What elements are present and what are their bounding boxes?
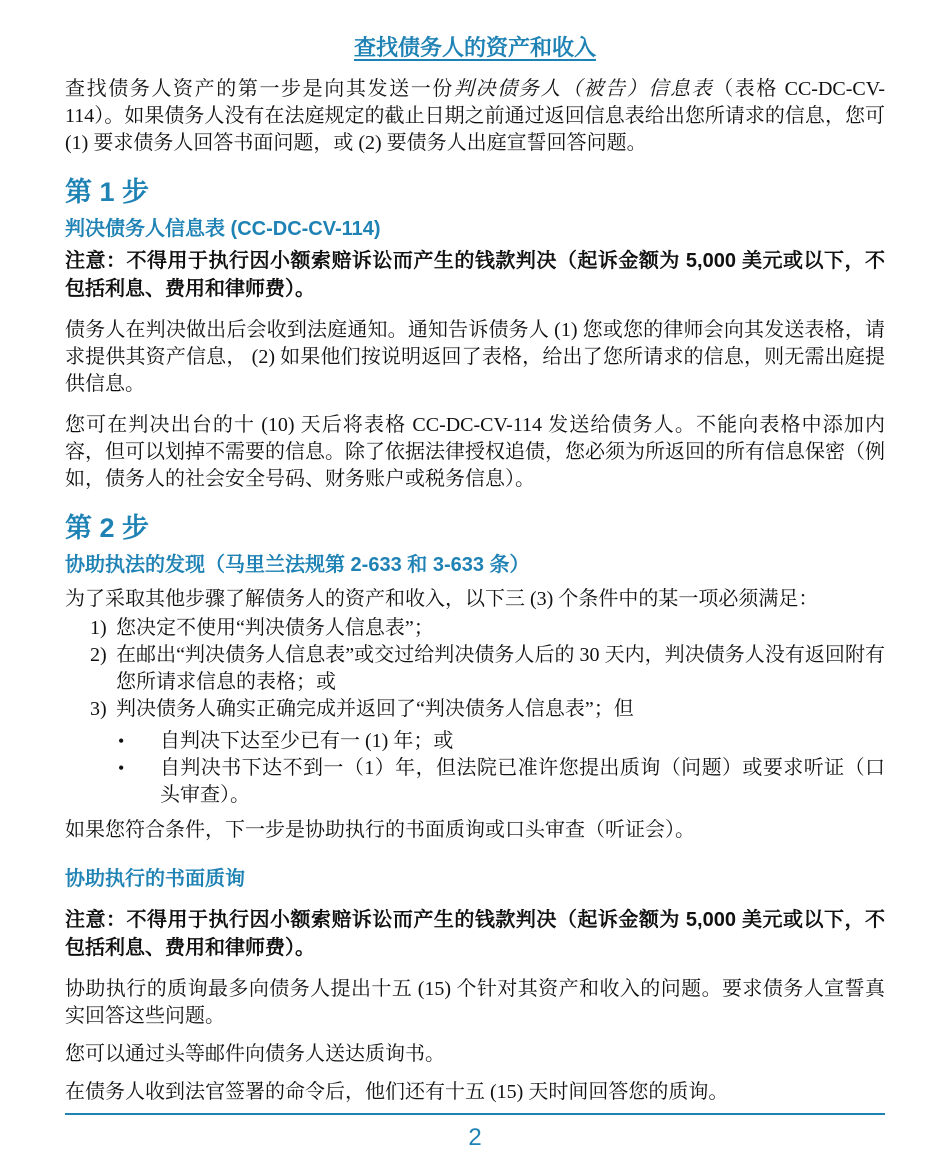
step-1-subheading: 判决债务人信息表 (CC-DC-CV-114) <box>65 216 885 242</box>
condition-text: 在邮出“判决债务人信息表”或交过给判决债务人后的 30 天内，判决债务人没有返回… <box>116 642 885 696</box>
conditions-intro: 为了采取其他步骤了解债务人的资产和收入，以下三 (3) 个条件中的某一项必须满足… <box>65 586 885 613</box>
bullet-icon: • <box>118 728 160 755</box>
qualify-paragraph: 如果您符合条件，下一步是协助执行的书面质询或口头审查（听证会）。 <box>65 817 885 844</box>
condition-text: 您决定不使用“判决债务人信息表”； <box>116 615 885 642</box>
condition-number: 2) <box>90 642 116 696</box>
footer-divider <box>65 1113 885 1115</box>
interrogatories-note: 注意：不得用于执行因小额索赔诉讼而产生的钱款判决（起诉金额为 5,000 美元或… <box>65 906 885 962</box>
document-title: 查找债务人的资产和收入 <box>65 34 885 62</box>
condition-text: 判决债务人确实正确完成并返回了“判决债务人信息表”；但 <box>116 696 885 723</box>
document-page: 查找债务人的资产和收入 查找债务人资产的第一步是向其发送一份判决债务人（被告）信… <box>0 0 950 1154</box>
paragraph-service-method: 您可以通过头等邮件向债务人送达质询书。 <box>65 1041 885 1068</box>
condition-number: 1) <box>90 615 116 642</box>
page-number: 2 <box>65 1124 885 1152</box>
step-1-note: 注意：不得用于执行因小额索赔诉讼而产生的钱款判决（起诉金额为 5,000 美元或… <box>65 247 885 303</box>
form-name-italic: 判决债务人（被告）信息表 <box>454 78 713 100</box>
step-2-heading: 第 2 步 <box>65 512 885 544</box>
bullet-icon: • <box>118 755 160 809</box>
interrogatories-subheading: 协助执行的书面质询 <box>65 866 885 892</box>
bullet-text: 自判决下达至少已有一 (1) 年；或 <box>160 728 885 755</box>
sub-bullet-list: • 自判决下达至少已有一 (1) 年；或 • 自判决书下达不到一（1）年，但法院… <box>65 728 885 809</box>
condition-number: 3) <box>90 696 116 723</box>
condition-item-3: 3) 判决债务人确实正确完成并返回了“判决债务人信息表”；但 <box>65 696 885 723</box>
paragraph-interrogatory-limit: 协助执行的质询最多向债务人提出十五 (15) 个针对其资产和收入的问题。要求债务… <box>65 976 885 1030</box>
step-2-subheading: 协助执法的发现（马里兰法规第 2-633 和 3-633 条） <box>65 552 885 578</box>
paragraph-court-notice: 债务人在判决做出后会收到法庭通知。通知告诉债务人 (1) 您或您的律师会向其发送… <box>65 317 885 398</box>
bullet-text: 自判决书下达不到一（1）年，但法院已准许您提出质询（问题）或要求听证（口头审查）… <box>160 755 885 809</box>
condition-item-1: 1) 您决定不使用“判决债务人信息表”； <box>65 615 885 642</box>
bullet-item-1: • 自判决下达至少已有一 (1) 年；或 <box>65 728 885 755</box>
intro-paragraph: 查找债务人资产的第一步是向其发送一份判决债务人（被告）信息表（表格 CC-DC-… <box>65 76 885 157</box>
step-1-heading: 第 1 步 <box>65 176 885 208</box>
condition-item-2: 2) 在邮出“判决债务人信息表”或交过给判决债务人后的 30 天内，判决债务人没… <box>65 642 885 696</box>
intro-text-pre: 查找债务人资产的第一步是向其发送一份 <box>65 78 454 100</box>
conditions-list: 1) 您决定不使用“判决债务人信息表”； 2) 在邮出“判决债务人信息表”或交过… <box>65 615 885 723</box>
bullet-item-2: • 自判决书下达不到一（1）年，但法院已准许您提出质询（问题）或要求听证（口头审… <box>65 755 885 809</box>
paragraph-form-timing: 您可在判决出台的十 (10) 天后将表格 CC-DC-CV-114 发送给债务人… <box>65 412 885 493</box>
paragraph-response-deadline: 在债务人收到法官签署的命令后，他们还有十五 (15) 天时间回答您的质询。 <box>65 1079 885 1106</box>
